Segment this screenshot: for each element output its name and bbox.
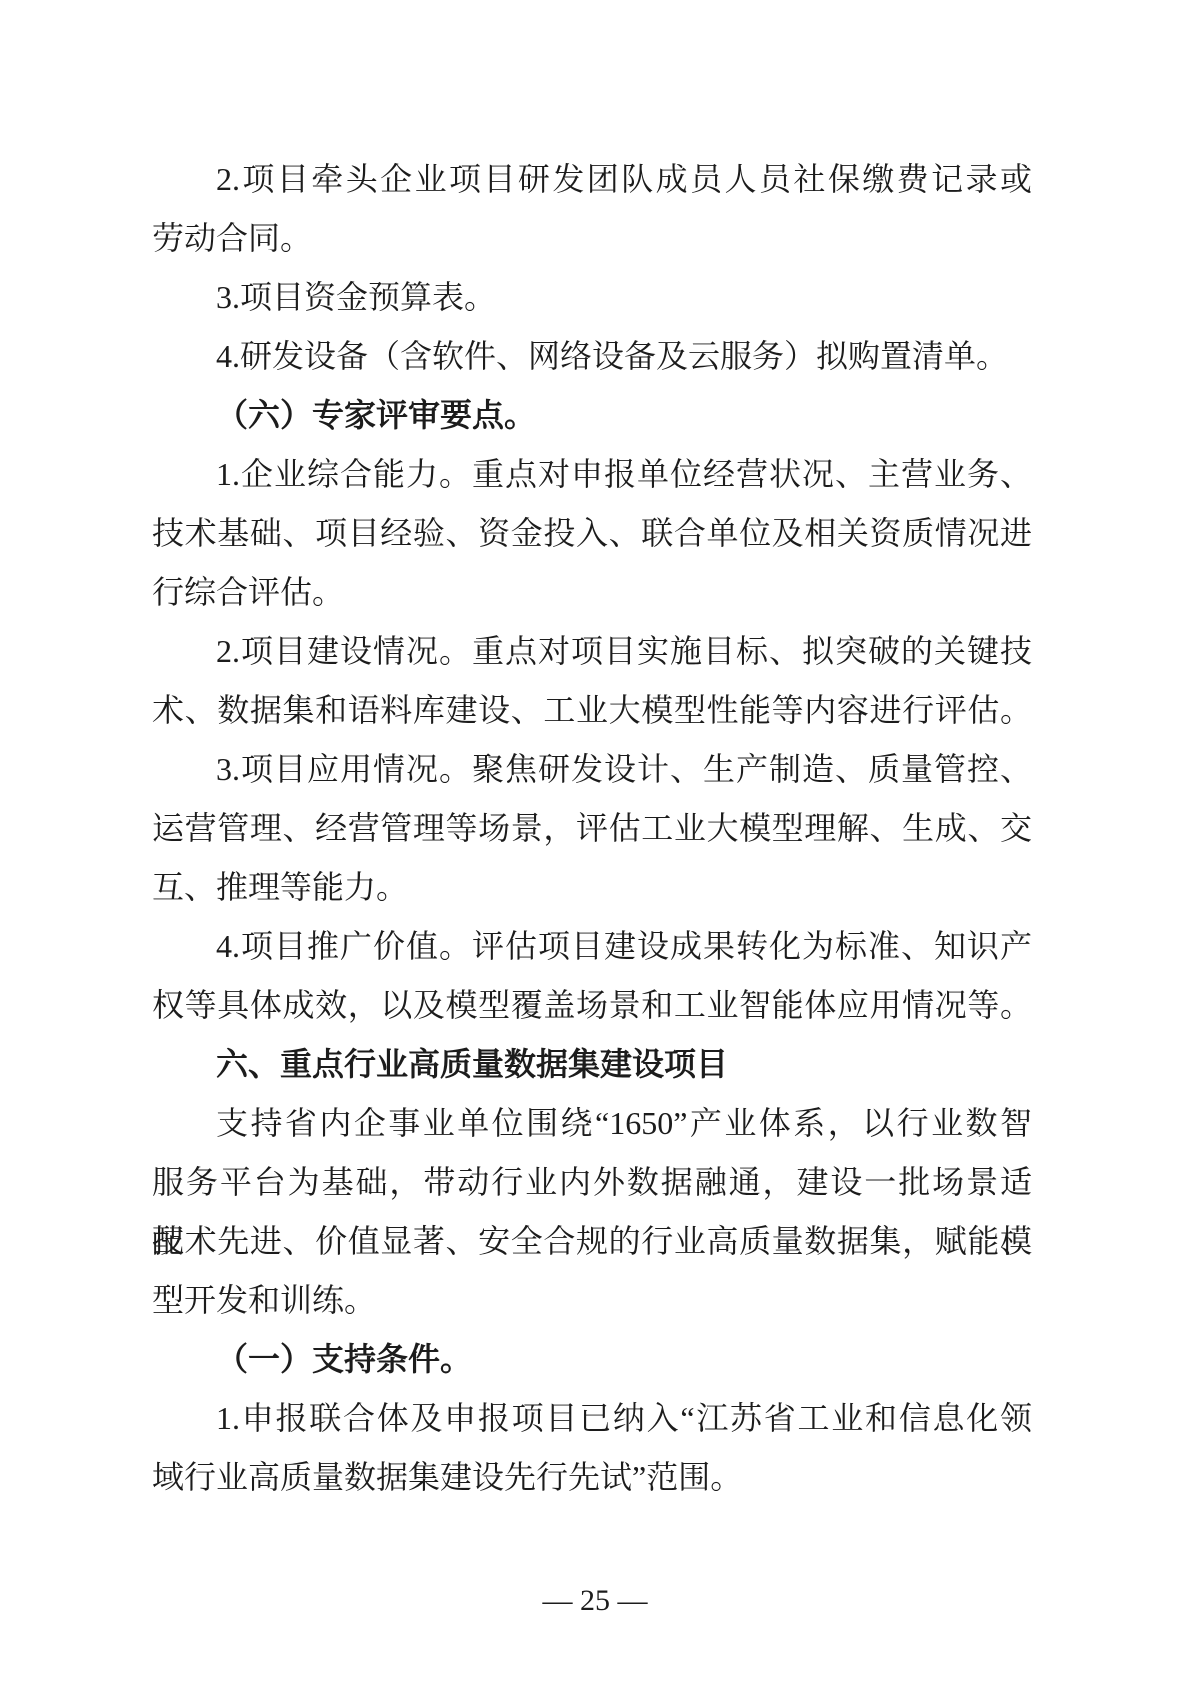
paragraph-line: 运营管理、经营管理等场景，评估工业大模型理解、生成、交 <box>152 799 1032 858</box>
page-number: — 25 — <box>0 1584 1190 1618</box>
paragraph-line: 3.项目资金预算表。 <box>152 268 1032 327</box>
paragraph-line: 劳动合同。 <box>152 209 1032 268</box>
paragraph-line: 互、推理等能力。 <box>152 858 1032 917</box>
paragraph-line: 型开发和训练。 <box>152 1271 1032 1330</box>
section-heading-six: 六、重点行业高质量数据集建设项目 <box>152 1035 1032 1094</box>
paragraph-line: 4.研发设备（含软件、网络设备及云服务）拟购置清单。 <box>152 327 1032 386</box>
subsection-heading-6: （六）专家评审要点。 <box>152 386 1032 445</box>
paragraph-line: 服务平台为基础，带动行业内外数据融通，建设一批场景适配、 <box>152 1153 1032 1212</box>
document-page: 2.项目牵头企业项目研发团队成员人员社保缴费记录或 劳动合同。 3.项目资金预算… <box>0 0 1190 1683</box>
paragraph-line: 2.项目牵头企业项目研发团队成员人员社保缴费记录或 <box>152 150 1032 209</box>
subsection-heading-1: （一）支持条件。 <box>152 1330 1032 1389</box>
paragraph-line: 3.项目应用情况。聚焦研发设计、生产制造、质量管控、 <box>152 740 1032 799</box>
paragraph-line: 1.企业综合能力。重点对申报单位经营状况、主营业务、 <box>152 445 1032 504</box>
paragraph-line: 术、数据集和语料库建设、工业大模型性能等内容进行评估。 <box>152 681 1032 740</box>
paragraph-line: 权等具体成效，以及模型覆盖场景和工业智能体应用情况等。 <box>152 976 1032 1035</box>
paragraph-line: 行综合评估。 <box>152 563 1032 622</box>
paragraph-line: 2.项目建设情况。重点对项目实施目标、拟突破的关键技 <box>152 622 1032 681</box>
document-body: 2.项目牵头企业项目研发团队成员人员社保缴费记录或 劳动合同。 3.项目资金预算… <box>152 150 1032 1507</box>
paragraph-line: 域行业高质量数据集建设先行先试”范围。 <box>152 1448 1032 1507</box>
paragraph-line: 技术先进、价值显著、安全合规的行业高质量数据集，赋能模 <box>152 1212 1032 1271</box>
paragraph-line: 1.申报联合体及申报项目已纳入“江苏省工业和信息化领 <box>152 1389 1032 1448</box>
paragraph-line: 技术基础、项目经验、资金投入、联合单位及相关资质情况进 <box>152 504 1032 563</box>
paragraph-line: 支持省内企事业单位围绕“1650”产业体系，以行业数智 <box>152 1094 1032 1153</box>
paragraph-line: 4.项目推广价值。评估项目建设成果转化为标准、知识产 <box>152 917 1032 976</box>
